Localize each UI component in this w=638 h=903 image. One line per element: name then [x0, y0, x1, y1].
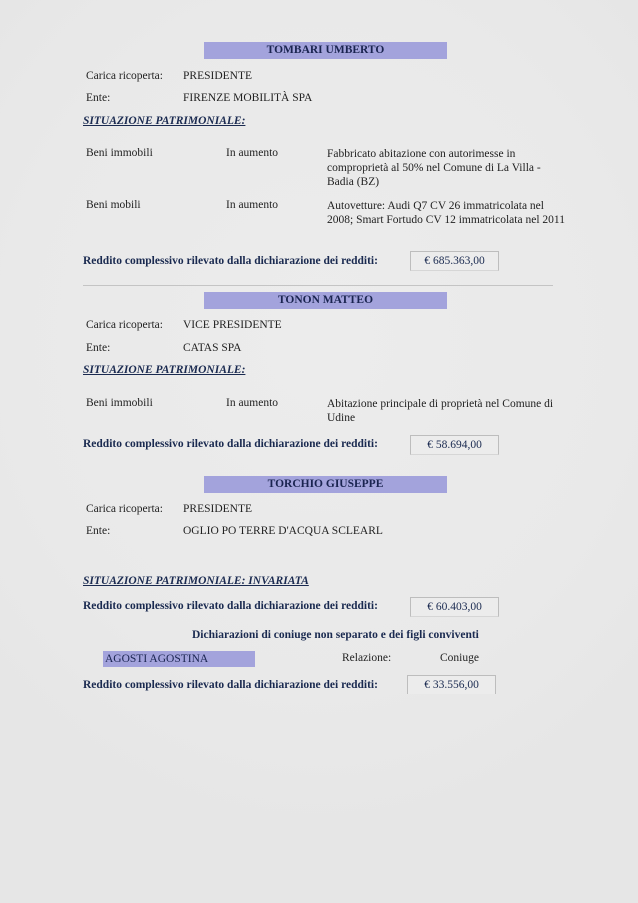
person-name-bar: TOMBARI UMBERTO: [204, 42, 447, 59]
reddito-label: Reddito complessivo rilevato dalla dichi…: [83, 438, 378, 450]
asset-description: Autovetture: Audi Q7 CV 26 immatricolata…: [327, 199, 567, 227]
asset-description: Fabbricato abitazione con autorimesse in…: [327, 147, 567, 189]
asset-status: In aumento: [226, 199, 278, 211]
person-name-bar: TORCHIO GIUSEPPE: [204, 476, 447, 493]
carica-label: Carica ricoperta:: [86, 319, 163, 331]
asset-type: Beni immobili: [86, 147, 153, 159]
family-section-title: Dichiarazioni di coniuge non separato e …: [192, 629, 479, 641]
ente-label: Ente:: [86, 525, 110, 537]
section-divider: [83, 285, 553, 286]
reddito-label: Reddito complessivo rilevato dalla dichi…: [83, 255, 378, 267]
carica-label: Carica ricoperta:: [86, 70, 163, 82]
asset-status: In aumento: [226, 147, 278, 159]
relazione-value: Coniuge: [440, 652, 479, 664]
reddito-value: € 60.403,00: [410, 597, 499, 617]
ente-label: Ente:: [86, 342, 110, 354]
carica-value: PRESIDENTE: [183, 70, 252, 82]
document-page: TOMBARI UMBERTO Carica ricoperta: PRESID…: [0, 0, 638, 903]
reddito-value: € 685.363,00: [410, 251, 499, 271]
reddito-value: € 58.694,00: [410, 435, 499, 455]
asset-type: Beni immobili: [86, 397, 153, 409]
person-name-bar: TONON MATTEO: [204, 292, 447, 309]
ente-value: FIRENZE MOBILITÀ SPA: [183, 92, 312, 104]
family-reddito-value: € 33.556,00: [407, 675, 496, 694]
carica-value: PRESIDENTE: [183, 503, 252, 515]
situazione-heading: SITUAZIONE PATRIMONIALE: INVARIATA: [83, 575, 309, 587]
asset-type: Beni mobili: [86, 199, 141, 211]
family-member-name: AGOSTI AGOSTINA: [103, 651, 255, 667]
carica-value: VICE PRESIDENTE: [183, 319, 282, 331]
ente-value: CATAS SPA: [183, 342, 241, 354]
situazione-heading: SITUAZIONE PATRIMONIALE:: [83, 115, 245, 127]
ente-value: OGLIO PO TERRE D'ACQUA SCLEARL: [183, 525, 383, 537]
reddito-label: Reddito complessivo rilevato dalla dichi…: [83, 600, 378, 612]
relazione-label: Relazione:: [342, 652, 391, 664]
asset-status: In aumento: [226, 397, 278, 409]
carica-label: Carica ricoperta:: [86, 503, 163, 515]
asset-description: Abitazione principale di proprietà nel C…: [327, 397, 567, 425]
ente-label: Ente:: [86, 92, 110, 104]
reddito-label: Reddito complessivo rilevato dalla dichi…: [83, 679, 378, 691]
situazione-heading: SITUAZIONE PATRIMONIALE:: [83, 364, 245, 376]
